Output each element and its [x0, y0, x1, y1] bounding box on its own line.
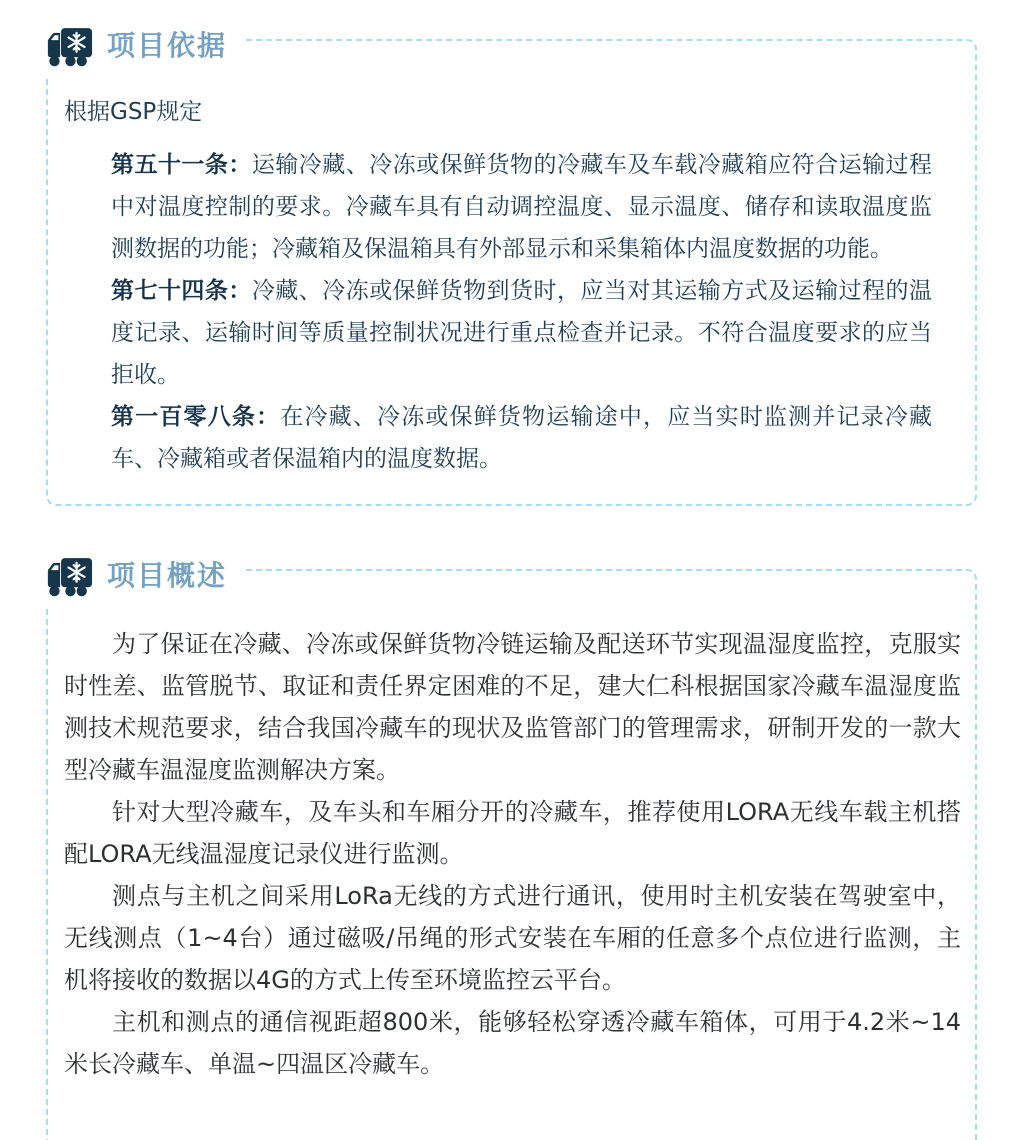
section-header: 项目依据 [46, 20, 243, 78]
section-title-basis: 项目依据 [107, 32, 227, 60]
article-74: 第七十四条：冷藏、冷冻或保鲜货物到货时，应当对其运输方式及运输过程的温度记录、运… [111, 270, 932, 396]
article-108: 第一百零八条：在冷藏、冷冻或保鲜货物运输途中，应当实时监测并记录冷藏车、冷藏箱或… [111, 396, 932, 480]
overview-paragraph: 主机和测点的通信视距超800米，能够轻松穿透冷藏车箱体，可用于4.2米~14米长… [64, 1001, 961, 1085]
page: 项目依据 根据GSP规定 第五十一条：运输冷藏、冷冻或保鲜货物的冷藏车及车载冷藏… [0, 0, 1028, 1140]
section-project-basis: 项目依据 根据GSP规定 第五十一条：运输冷藏、冷冻或保鲜货物的冷藏车及车载冷藏… [46, 0, 977, 506]
section-body-basis: 根据GSP规定 第五十一条：运输冷藏、冷冻或保鲜货物的冷藏车及车载冷藏箱应符合运… [46, 78, 977, 506]
overview-paragraph: 测点与主机之间采用LoRa无线的方式进行通讯，使用时主机安装在驾驶室中，无线测点… [64, 875, 961, 1001]
overview-paragraph: 针对大型冷藏车，及车头和车厢分开的冷藏车，推荐使用LORA无线车载主机搭配LOR… [64, 791, 961, 875]
refrigerated-truck-icon [46, 24, 93, 68]
section-title-overview: 项目概述 [107, 562, 227, 590]
article-108-lead: 第一百零八条： [111, 404, 280, 430]
section-header: 项目概述 [46, 550, 243, 608]
basis-intro-text: 根据GSP规定 [64, 94, 932, 130]
section-body-overview: 为了保证在冷藏、冷冻或保鲜货物冷链运输及配送环节实现温湿度监控，克服实时性差、监… [46, 608, 977, 1105]
overview-paragraph: 为了保证在冷藏、冷冻或保鲜货物冷链运输及配送环节实现温湿度监控，克服实时性差、监… [64, 623, 961, 791]
article-51-lead: 第五十一条： [111, 152, 252, 178]
section-project-overview: 项目概述 为了保证在冷藏、冷冻或保鲜货物冷链运输及配送环节实现温湿度监控，克服实… [46, 550, 977, 1105]
article-51: 第五十一条：运输冷藏、冷冻或保鲜货物的冷藏车及车载冷藏箱应符合运输过程中对温度控… [111, 144, 932, 270]
refrigerated-truck-icon [46, 554, 93, 598]
article-74-lead: 第七十四条： [111, 278, 252, 304]
gsp-articles: 第五十一条：运输冷藏、冷冻或保鲜货物的冷藏车及车载冷藏箱应符合运输过程中对温度控… [111, 144, 932, 480]
